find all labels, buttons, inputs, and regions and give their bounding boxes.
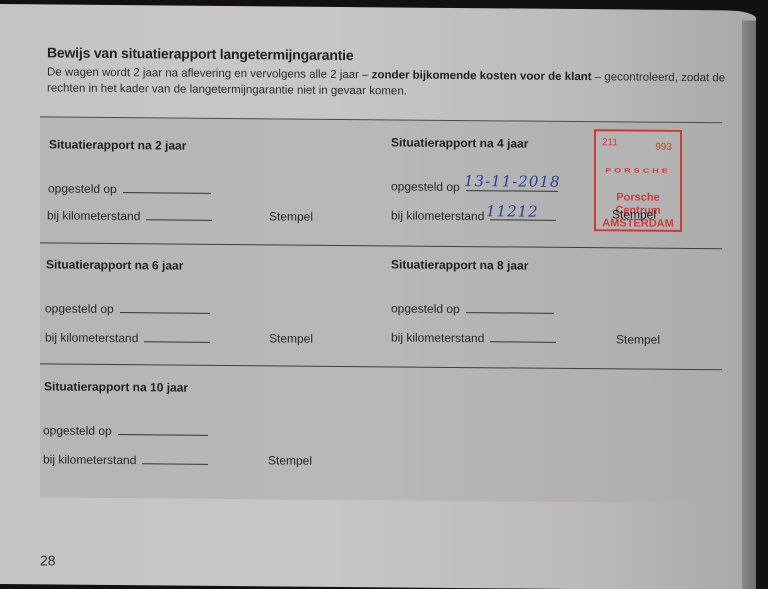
report-8-date-field[interactable]: opgesteld op	[391, 301, 554, 316]
mileage-line[interactable]	[490, 340, 556, 343]
mileage-label: bij kilometerstand	[391, 330, 484, 345]
report-10-date-field[interactable]: opgesteld op	[43, 423, 208, 438]
date-line[interactable]	[123, 191, 211, 194]
date-label: opgesteld op	[48, 181, 117, 196]
report-10-mileage-field[interactable]: bij kilometerstand	[43, 452, 208, 467]
report-4-title: Situatierapport na 4 jaar	[391, 135, 528, 150]
report-8-mileage-field[interactable]: bij kilometerstand	[391, 330, 556, 345]
report-10-stamp-label: Stempel	[268, 453, 312, 467]
date-label: opgesteld op	[43, 423, 112, 438]
report-6-mileage-field[interactable]: bij kilometerstand	[45, 330, 210, 345]
report-2-date-field[interactable]: opgesteld op	[48, 181, 211, 196]
report-2-stamp-label: Stempel	[269, 209, 313, 223]
report-6-stamp-label: Stempel	[269, 331, 313, 345]
stamp-number-left: 211	[602, 137, 618, 148]
report-10-title: Situatierapport na 10 jaar	[44, 379, 188, 394]
intro-text-bold: zonder bijkomende kosten voor de klant	[372, 69, 592, 83]
stamp-number-right: 993	[655, 142, 672, 153]
booklet-page: Bewijs van situatierapport langetermijng…	[0, 4, 756, 589]
report-2-mileage-field[interactable]: bij kilometerstand	[47, 208, 212, 223]
report-6-title: Situatierapport na 6 jaar	[46, 257, 183, 272]
row-divider	[40, 363, 722, 370]
date-label: opgesteld op	[45, 301, 114, 316]
report-8-title: Situatierapport na 8 jaar	[391, 257, 528, 272]
mileage-line[interactable]	[144, 340, 210, 343]
date-label: opgesteld op	[391, 179, 460, 194]
report-6-date-field[interactable]: opgesteld op	[45, 301, 210, 316]
report-4-mileage-handwritten: 11212	[486, 202, 539, 220]
dealer-stamp: 211 993 PORSCHE Porsche CentrumAMSTERDAM…	[594, 129, 682, 232]
porsche-logo-icon: PORSCHE	[596, 167, 680, 175]
intro-paragraph: De wagen wordt 2 jaar na aflevering en v…	[47, 64, 727, 102]
reports-panel: Situatierapport na 2 jaar opgesteld op b…	[40, 116, 722, 503]
date-label: opgesteld op	[391, 301, 460, 316]
report-4-date-handwritten: 13-11-2018	[464, 172, 560, 191]
page-edge	[742, 20, 756, 589]
mileage-label: bij kilometerstand	[43, 452, 136, 467]
date-line[interactable]	[118, 433, 208, 436]
mileage-label: bij kilometerstand	[47, 208, 140, 223]
mileage-label: bij kilometerstand	[391, 208, 484, 223]
page-heading: Bewijs van situatierapport langetermijng…	[47, 44, 353, 63]
mileage-line[interactable]	[146, 218, 212, 221]
date-line[interactable]	[120, 311, 210, 314]
mileage-label: bij kilometerstand	[45, 330, 138, 345]
report-8-stamp-label: Stempel	[616, 332, 660, 346]
page-number: 28	[40, 552, 56, 568]
date-line[interactable]	[466, 311, 554, 314]
report-4-stamp-label: Stempel	[612, 207, 656, 221]
mileage-line[interactable]	[142, 462, 208, 465]
intro-text-1: De wagen wordt 2 jaar na aflevering en v…	[47, 66, 372, 81]
report-2-title: Situatierapport na 2 jaar	[49, 137, 186, 152]
row-divider	[40, 242, 722, 249]
